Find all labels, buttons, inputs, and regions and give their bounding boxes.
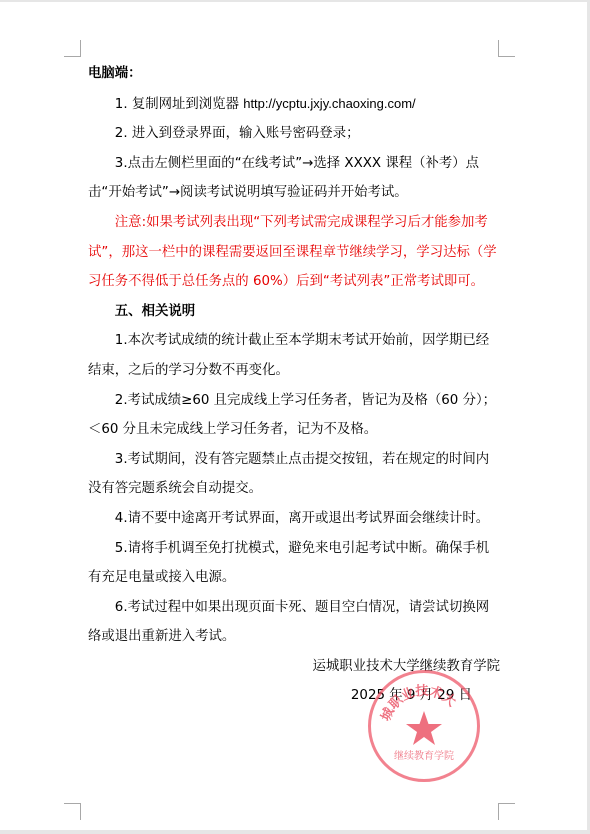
margin-corner-top-left bbox=[64, 40, 81, 57]
signature: 运城职业技术大学继续教育学院 bbox=[88, 652, 500, 682]
margin-corner-bottom-right bbox=[498, 803, 515, 820]
note-4: 4.请不要中途离开考试界面，离开或退出考试界面会继续计时。 bbox=[88, 504, 500, 534]
note-6: 6.考试过程中如果出现页面卡死、题目空白情况，请尝试切换网络或退出重新进入考试。 bbox=[88, 593, 500, 652]
step-3: 3.点击左侧栏里面的“在线考试”→选择 XXXX 课程（补考）点击“开始考试”→… bbox=[88, 149, 500, 208]
note-2: 2.考试成绩≥60 且完成线上学习任务者，皆记为及格（60 分）；＜60 分且未… bbox=[88, 386, 500, 445]
note-1: 1.本次考试成绩的统计截止至本学期末考试开始前，因学期已经结束，之后的学习分数不… bbox=[88, 326, 500, 385]
notice-paragraph: 注意:如果考试列表出现“下列考试需完成课程学习后才能参加考试”，那这一栏中的课程… bbox=[88, 208, 500, 297]
step-1-text: 1. 复制网址到浏览器 bbox=[115, 97, 243, 112]
signature-date: 2025 年 9 月 29 日 bbox=[88, 681, 500, 711]
step-1: 1. 复制网址到浏览器 http://ycptu.jxjy.chaoxing.c… bbox=[88, 89, 500, 120]
note-3: 3.考试期间，没有答完题禁止点击提交按钮，若在规定的时间内没有答完题系统会自动提… bbox=[88, 445, 500, 504]
margin-corner-top-right bbox=[498, 40, 515, 57]
document-body: 电脑端： 1. 复制网址到浏览器 http://ycptu.jxjy.chaox… bbox=[88, 59, 500, 711]
pc-heading: 电脑端： bbox=[88, 59, 500, 89]
margin-corner-bottom-left bbox=[64, 803, 81, 820]
document-page: 电脑端： 1. 复制网址到浏览器 http://ycptu.jxjy.chaox… bbox=[0, 2, 587, 830]
section-5-title: 五、相关说明 bbox=[88, 297, 500, 327]
step-2: 2. 进入到登录界面，输入账号密码登录； bbox=[88, 119, 500, 149]
svg-text:继续教育学院: 继续教育学院 bbox=[394, 749, 454, 762]
exam-url-link[interactable]: http://ycptu.jxjy.chaoxing.com/ bbox=[243, 96, 415, 111]
note-5: 5.请将手机调至免打扰模式，避免来电引起考试中断。确保手机有充足电量或接入电源。 bbox=[88, 534, 500, 593]
